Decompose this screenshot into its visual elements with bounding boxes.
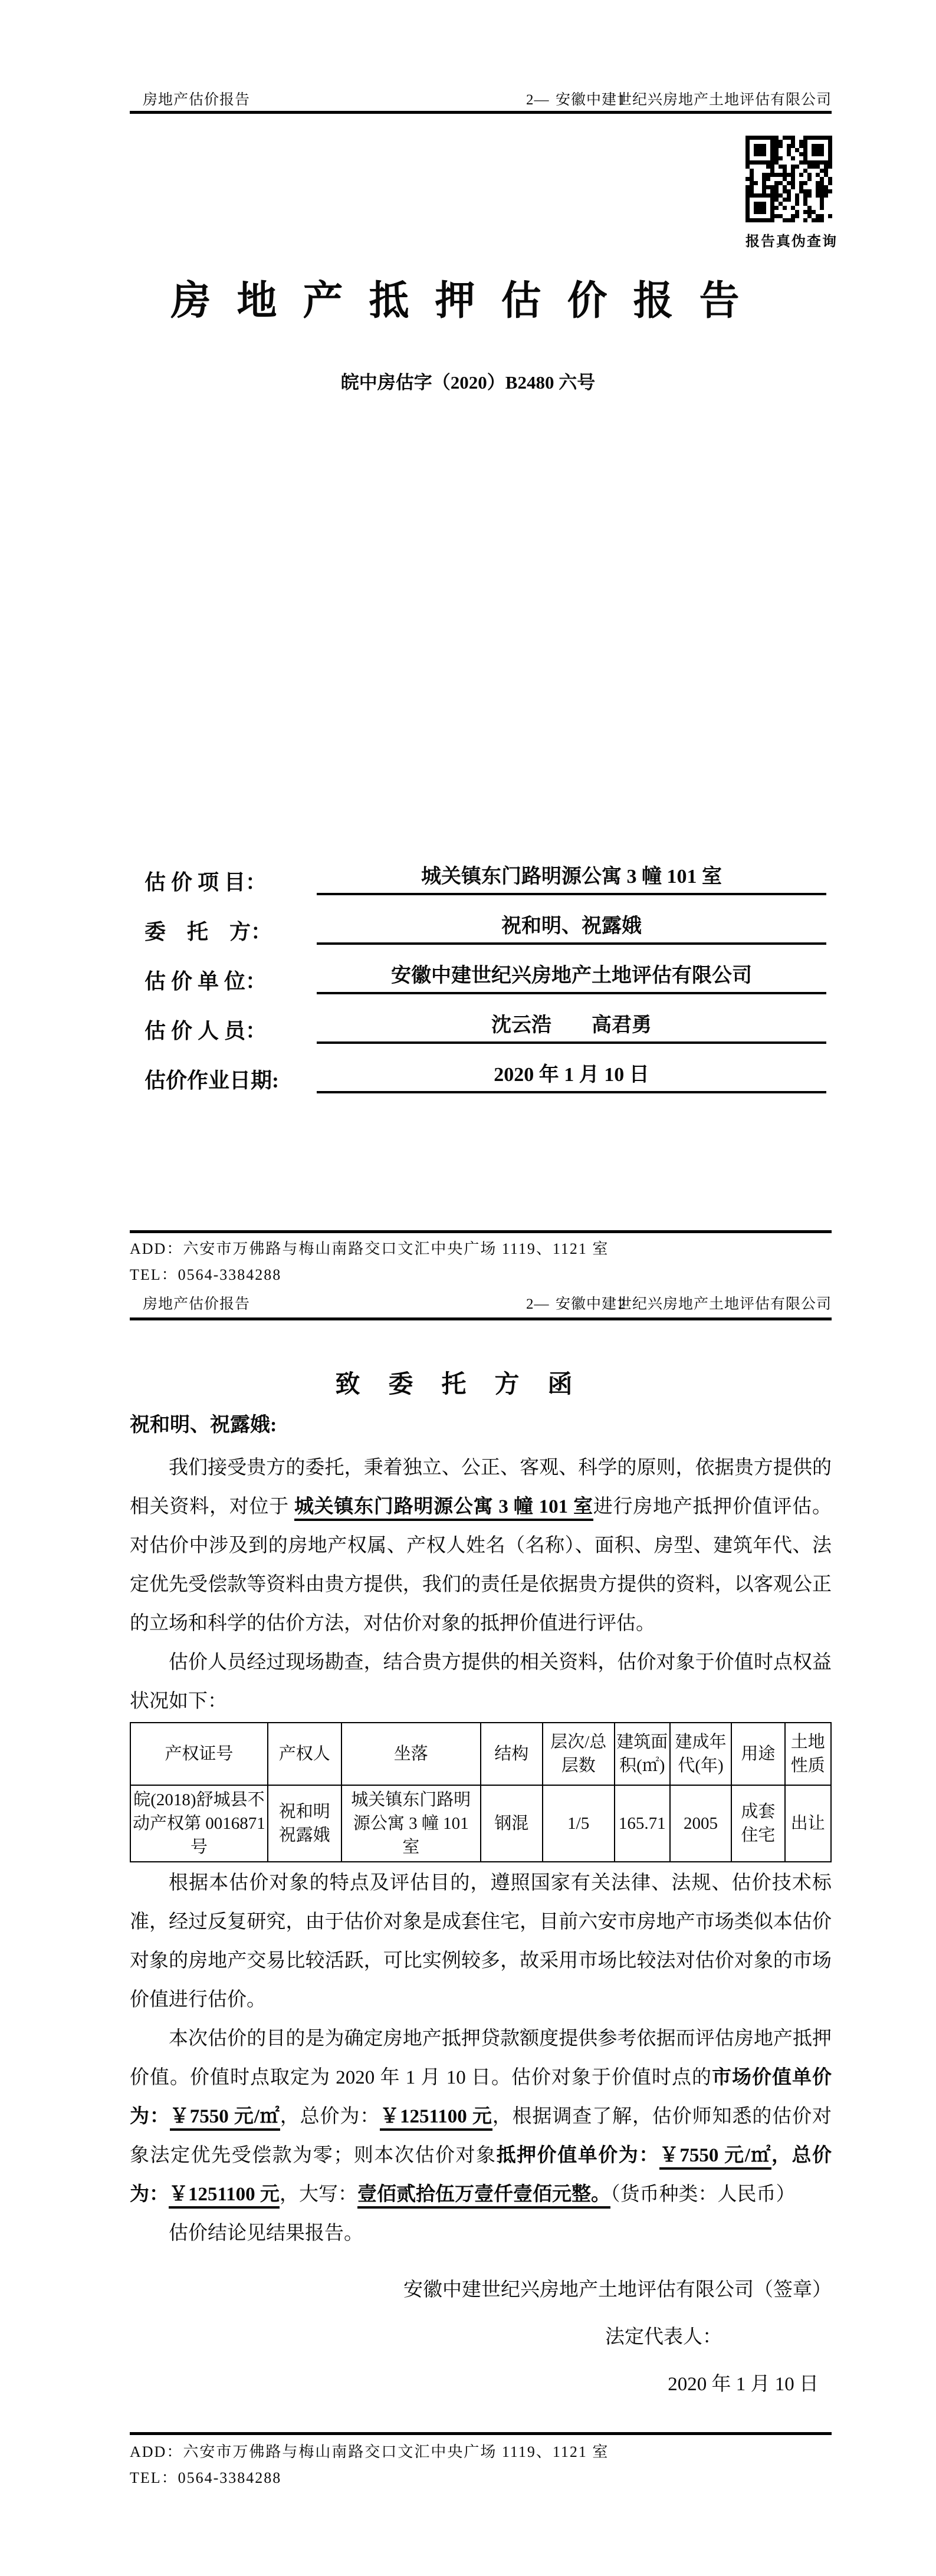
signature-date: 2020 年 1 月 10 日 (130, 2365, 832, 2404)
subject-property-underlined: 城关镇东门路明源公寓 3 幢 101 室 (294, 1496, 593, 1521)
legal-representative-label: 法定代表人： (130, 2318, 832, 2357)
cell-land-nature: 出让 (785, 1785, 831, 1862)
field-label-client: 委 托 方： (144, 919, 317, 945)
appraisal-table: 产权证号 产权人 坐落 结构 层次/总层数 建筑面积(㎡) 建成年代(年) 用途… (130, 1722, 832, 1862)
cell-use: 成套住宅 (731, 1785, 784, 1862)
col-owner: 产权人 (268, 1723, 341, 1785)
cell-location: 城关镇东门路明源公寓 3 幢 101 室 (341, 1785, 481, 1862)
amount-in-words: 壹佰贰拾伍万壹仟壹佰元整。 (357, 2184, 610, 2209)
paragraph-intro: 我们接受贵方的委托，秉着独立、公正、客观、科学的原则，依据贵方提供的相关资料，对… (130, 1448, 832, 1643)
cell-owner: 祝和明 祝露娥 (268, 1785, 341, 1862)
header-doc-type: 房地产估价报告 (143, 1293, 250, 1316)
header-company: 安徽中建世纪兴房地产土地评估有限公司 (556, 88, 832, 112)
field-value-project: 城关镇东门路明源公寓 3 幢 101 室 (317, 865, 826, 895)
field-value-agency: 安徽中建世纪兴房地产土地评估有限公司 (317, 964, 826, 994)
mortgage-total-price-value: ￥1251100 元 (169, 2184, 280, 2209)
header-page-prefix: 2— (526, 1293, 550, 1316)
col-area: 建筑面积(㎡) (615, 1723, 670, 1785)
footer-phone: TEL：0564-3384288 (130, 2465, 832, 2491)
col-structure: 结构 (481, 1723, 543, 1785)
paragraph-method: 根据本估价对象的特点及评估目的，遵照国家有关法律、法规、估价技术标准，经过反复研… (130, 1864, 832, 2019)
page2-footer-rule (130, 2432, 832, 2435)
unit-price-value: ￥7550 元/㎡ (170, 2106, 280, 2131)
letter-body: 我们接受贵方的委托，秉着独立、公正、客观、科学的原则，依据贵方提供的相关资料，对… (130, 1448, 832, 2404)
field-label-project: 估 价 项 目： (144, 870, 317, 895)
qr-caption: 报告真伪查询 (745, 229, 834, 250)
cell-year: 2005 (670, 1785, 732, 1862)
total-price-value: ￥1251100 元 (380, 2106, 492, 2131)
header-company: 安徽中建世纪兴房地产土地评估有限公司 (556, 1293, 832, 1316)
cell-structure: 钢混 (481, 1785, 543, 1862)
document-page: 房地产估价报告 2— 1 安徽中建世纪兴房地产土地评估有限公司 报告真伪查询 房… (0, 0, 936, 2576)
footer-address: ADD：六安市万佛路与梅山南路交口文汇中央广场 1119、1121 室 (130, 1236, 832, 1262)
page2-header: 房地产估价报告 2— 2 安徽中建世纪兴房地产土地评估有限公司 (130, 1293, 832, 1316)
salutation: 祝和明、祝露娥: (130, 1411, 832, 1440)
field-row-appraisers: 估 价 人 员： 沈云浩 高君勇 (144, 1011, 826, 1044)
col-use: 用途 (731, 1723, 784, 1785)
qr-block: 报告真伪查询 (745, 136, 834, 250)
field-row-agency: 估 价 单 位： 安徽中建世纪兴房地产土地评估有限公司 (144, 961, 826, 994)
signature-company: 安徽中建世纪兴房地产土地评估有限公司（签章） (130, 2271, 832, 2309)
field-row-project: 估 价 项 目： 城关镇东门路明源公寓 3 幢 101 室 (144, 862, 826, 895)
cell-cert-no: 皖(2018)舒城县不动产权第 0016871 号 (130, 1785, 268, 1862)
field-value-client: 祝和明、祝露娥 (317, 915, 826, 945)
col-land-nature: 土地性质 (785, 1723, 831, 1785)
page1-header: 房地产估价报告 2— 1 安徽中建世纪兴房地产土地评估有限公司 (130, 88, 832, 112)
mortgage-unit-price-value: ￥7550 元/㎡ (659, 2145, 771, 2170)
field-label-date: 估价作业日期: (144, 1068, 317, 1093)
col-floor: 层次/总层数 (543, 1723, 615, 1785)
cover-fields: 估 价 项 目： 城关镇东门路明源公寓 3 幢 101 室 委 托 方： 祝和明… (144, 862, 826, 1110)
report-title: 房地产抵押估价报告 (0, 268, 936, 333)
field-value-appraisers: 沈云浩 高君勇 (317, 1014, 826, 1044)
field-value-date: 2020 年 1 月 10 日 (317, 1063, 826, 1093)
header-rule (130, 111, 832, 114)
col-year: 建成年代(年) (670, 1723, 732, 1785)
report-number: 皖中房估字（2020）B2480 六号 (0, 369, 936, 397)
paragraph-survey: 估价人员经过现场勘查，结合贵方提供的相关资料，估价对象于价值时点权益状况如下： (130, 1643, 832, 1721)
col-cert-no: 产权证号 (130, 1723, 268, 1785)
page2-footer: ADD：六安市万佛路与梅山南路交口文汇中央广场 1119、1121 室 TEL：… (130, 2439, 832, 2491)
table-header-row: 产权证号 产权人 坐落 结构 层次/总层数 建筑面积(㎡) 建成年代(年) 用途… (130, 1723, 831, 1785)
field-row-date: 估价作业日期: 2020 年 1 月 10 日 (144, 1060, 826, 1093)
letter-title: 致委托方函 (0, 1367, 936, 1402)
cell-area: 165.71 (615, 1785, 670, 1862)
header-rule (130, 1317, 832, 1320)
col-location: 坐落 (341, 1723, 481, 1785)
header-doc-type: 房地产估价报告 (143, 88, 250, 112)
page1-footer: ADD：六安市万佛路与梅山南路交口文汇中央广场 1119、1121 室 TEL：… (130, 1236, 832, 1288)
cell-floor: 1/5 (543, 1785, 615, 1862)
qr-code (745, 136, 832, 222)
paragraph-valuation: 本次估价的目的是为确定房地产抵押贷款额度提供参考依据而评估房地产抵押价值。价值时… (130, 2019, 832, 2214)
footer-phone: TEL：0564-3384288 (130, 1262, 832, 1288)
page1-footer-rule (130, 1230, 832, 1233)
table-data-row: 皖(2018)舒城县不动产权第 0016871 号 祝和明 祝露娥 城关镇东门路… (130, 1785, 831, 1862)
footer-address: ADD：六安市万佛路与梅山南路交口文汇中央广场 1119、1121 室 (130, 2439, 832, 2465)
field-label-agency: 估 价 单 位： (144, 969, 317, 994)
header-page-prefix: 2— (526, 88, 550, 112)
field-label-appraisers: 估 价 人 员： (144, 1018, 317, 1044)
field-row-client: 委 托 方： 祝和明、祝露娥 (144, 912, 826, 945)
paragraph-conclusion: 估价结论见结果报告。 (130, 2214, 832, 2253)
